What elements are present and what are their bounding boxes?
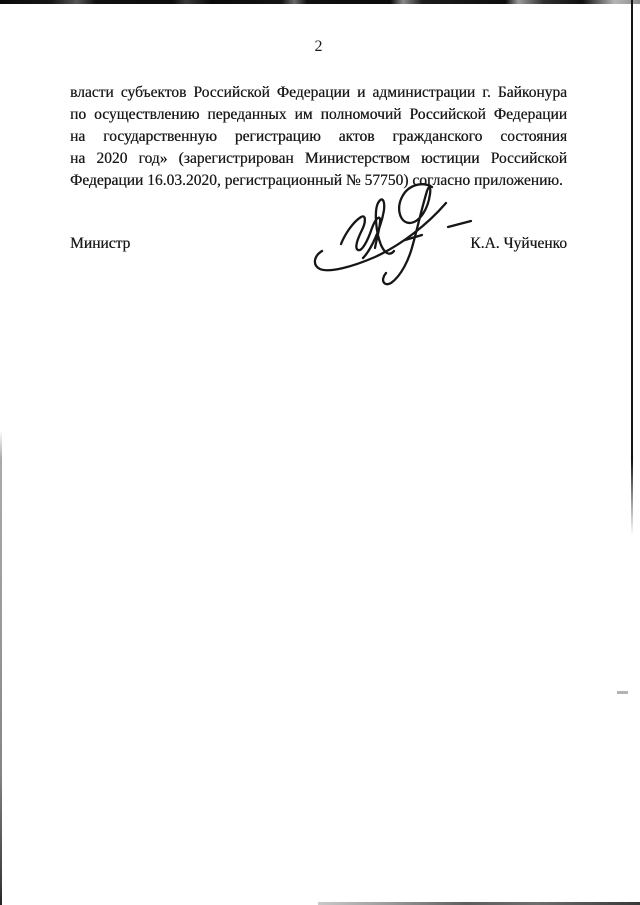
paragraph-line: по осуществлению переданных им полномочи… xyxy=(70,104,567,126)
signer-title: Министр xyxy=(70,233,130,255)
paragraph-line: власти субъектов Российской Федерации и … xyxy=(70,82,567,104)
paragraph-line: на государственную регистрацию актов гра… xyxy=(70,126,567,148)
paragraph-line: на 2020 год» (зарегистрирован Министерст… xyxy=(70,148,567,170)
signature-scribble xyxy=(305,178,480,290)
page-number: 2 xyxy=(70,36,567,58)
body-paragraph: власти субъектов Российской Федерации и … xyxy=(70,82,567,192)
signer-name: К.А. Чуйченко xyxy=(470,233,567,255)
document-page: 2 власти субъектов Российской Федерации … xyxy=(0,0,640,905)
scan-artifact-top-edge xyxy=(0,0,640,4)
scan-artifact-left-edge xyxy=(0,430,2,905)
scan-artifact-right-tick xyxy=(617,691,628,694)
scan-artifact-right-edge xyxy=(631,0,633,535)
